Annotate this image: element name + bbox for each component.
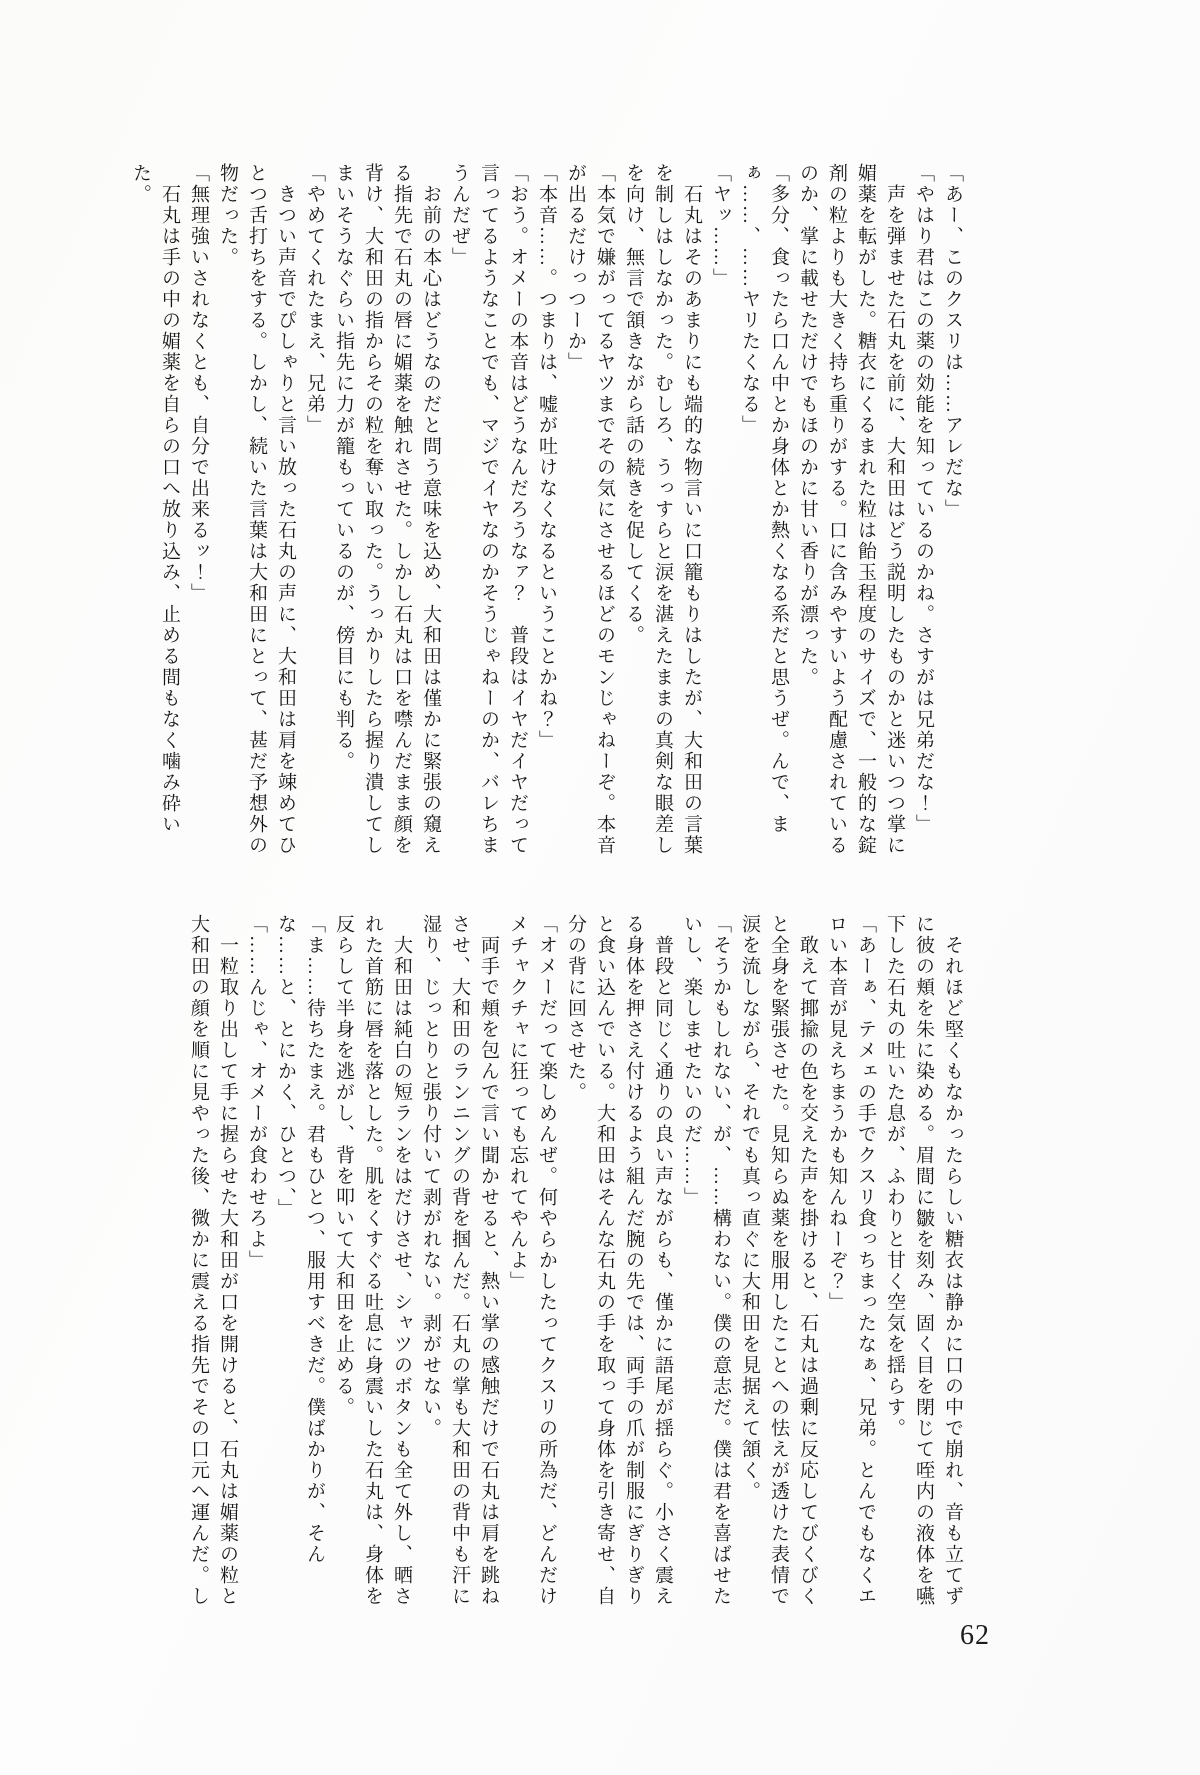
paragraph: それほど堅くもなかったらしい糖衣は静かに口の中で崩れ、音も立てずに彼の頬を朱に染… bbox=[880, 914, 967, 1610]
paragraph: 「やめてくれたまえ、兄弟」 bbox=[300, 163, 329, 859]
paragraph: 普段と同じく通りの良い声ながらも、僅かに語尾が揺らぐ。小さく震える身体を押さえ付… bbox=[561, 914, 677, 1610]
paragraph: 石丸はそのあまりにも端的な物言いに口籠もりはしたが、大和田の言葉を制しはしなかっ… bbox=[619, 163, 706, 859]
paragraph: 大和田は純白の短ランをはだけさせ、シャツのボタンも全て外し、晒された首筋に唇を落… bbox=[329, 914, 416, 1610]
paragraph: 「本気で嫌がってるヤツまでその気にさせるほどのモンじゃねーぞ。本音が出るだけっつ… bbox=[561, 163, 619, 859]
paragraph: 「ヤッ……」 bbox=[706, 163, 735, 859]
paragraph: 両手で頬を包んで言い聞かせると、熱い掌の感触だけで石丸は肩を跳ねさせ、大和田のラ… bbox=[416, 914, 503, 1610]
paragraph: 「おう。オメーの本音はどうなんだろうなァ？ 普段はイヤだイヤだって言ってるような… bbox=[445, 163, 532, 859]
text-block-top: 「あー、このクスリは……アレだな」 「やはり君はこの薬の効能を知っているのかね。… bbox=[126, 163, 967, 859]
page-number: 62 bbox=[960, 1620, 990, 1652]
paragraph: 「やはり君はこの薬の効能を知っているのかね。さすがは兄弟だな！」 bbox=[909, 163, 938, 859]
paragraph: 「そうかもしれない、が、……構わない。僕の意志だ。僕は君を喜ばせたいし、楽しませ… bbox=[677, 914, 735, 1610]
paragraph: きつい声音でぴしゃりと言い放った石丸の声に、大和田は肩を竦めてひとつ舌打ちをする… bbox=[213, 163, 300, 859]
paragraph: 「あーぁ、テメェの手でクスリ食っちまったなぁ、兄弟。とんでもなくエロい本音が見え… bbox=[822, 914, 880, 1610]
paragraph: 「オメーだって楽しめんぜ。何やらかしたってクスリの所為だ、どんだけメチャクチャに… bbox=[503, 914, 561, 1610]
text-block-bottom: それほど堅くもなかったらしい糖衣は静かに口の中で崩れ、音も立てずに彼の頬を朱に染… bbox=[184, 914, 967, 1610]
paragraph: 「……んじゃ、オメーが食わせろよ」 bbox=[242, 914, 271, 1610]
paragraph: 石丸は手の中の媚薬を自らの口へ放り込み、止める間もなく噛み砕いた。 bbox=[126, 163, 184, 859]
paragraph: 「本音……。つまりは、嘘が吐けなくなるということかね？」 bbox=[532, 163, 561, 859]
paragraph: 声を弾ませた石丸を前に、大和田はどう説明したものかと迷いつつ掌に媚薬を転がした。… bbox=[793, 163, 909, 859]
paragraph: お前の本心はどうなのだと問う意味を込め、大和田は僅かに緊張の窺える指先で石丸の唇… bbox=[329, 163, 445, 859]
paragraph: 「多分、食ったら口ん中とか身体とか熱くなる系だと思うぜ。んで、まぁ……、……ヤリ… bbox=[735, 163, 793, 859]
paragraph: 「あー、このクスリは……アレだな」 bbox=[938, 163, 967, 859]
paragraph: 敢えて揶揄の色を交えた声を掛けると、石丸は過剰に反応してびくびくと全身を緊張させ… bbox=[735, 914, 822, 1610]
scanned-page: 「あー、このクスリは……アレだな」 「やはり君はこの薬の効能を知っているのかね。… bbox=[0, 0, 1200, 1775]
paragraph: 「無理強いされなくとも、自分で出来るッ！」 bbox=[184, 163, 213, 859]
paragraph: 一粒取り出して手に握らせた大和田が口を開けると、石丸は媚薬の粒と大和田の顔を順に… bbox=[184, 914, 242, 1610]
paragraph: 「ま……待ちたまえ。君もひとつ、服用すべきだ。僕ばかりが、そんな……と、とにかく… bbox=[271, 914, 329, 1610]
